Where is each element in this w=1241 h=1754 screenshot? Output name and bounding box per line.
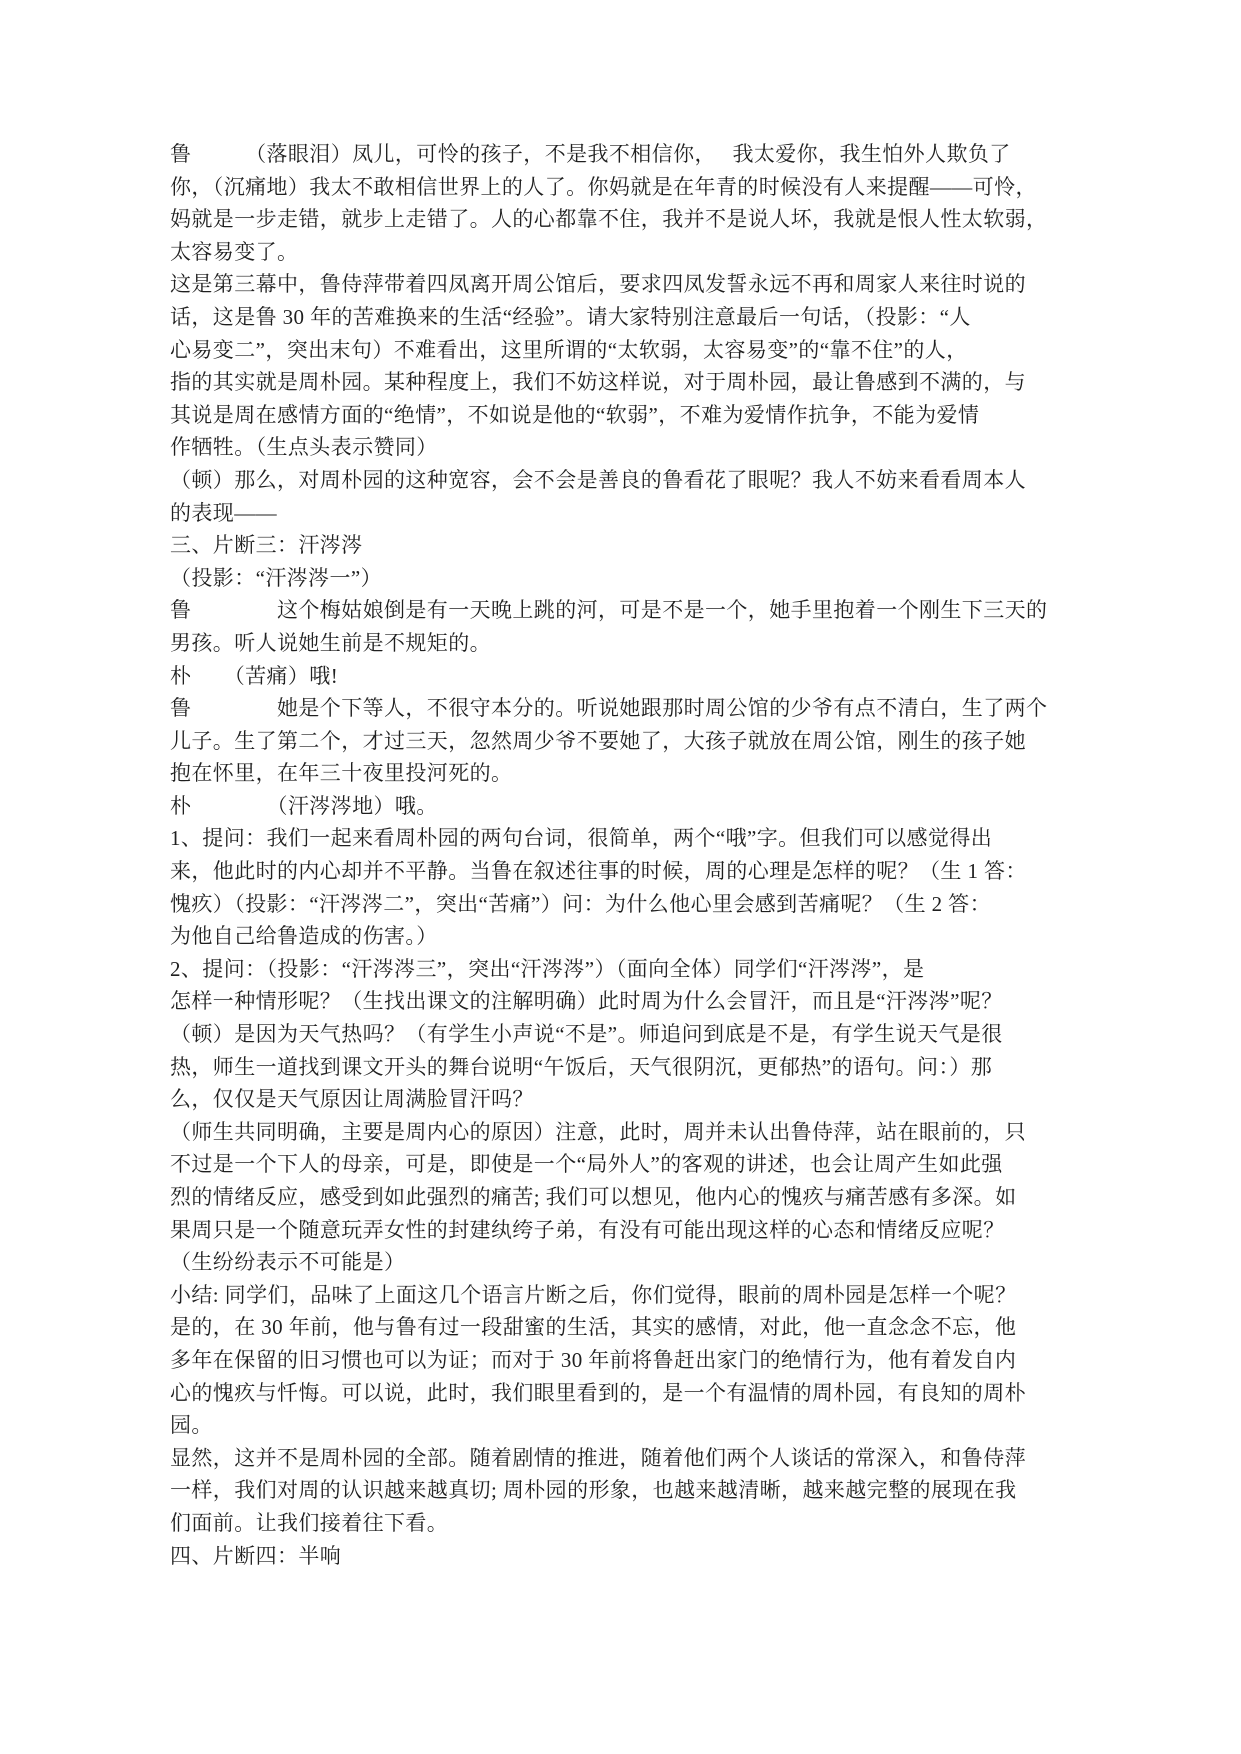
text-line: 鲁 （落眼泪）凤儿，可怜的孩子，不是我不相信你， 我太爱你，我生怕外人欺负了: [170, 138, 1075, 171]
text-line: 心易变二”，突出末句）不难看出，这里所谓的“太软弱，太容易变”的“靠不住”的人，: [170, 334, 1075, 367]
text-line: 不过是一个下人的母亲，可是，即使是一个“局外人”的客观的讲述，也会让周产生如此强: [170, 1148, 1075, 1181]
text-line: （投影：“汗涔涔一”）: [170, 562, 1075, 595]
text-line: 是的，在 30 年前，他与鲁有过一段甜蜜的生活，其实的感情，对此，他一直念念不忘…: [170, 1311, 1075, 1344]
text-line: 果周只是一个随意玩弄女性的封建纨绔子弟，有没有可能出现这样的心态和情绪反应呢？: [170, 1214, 1075, 1247]
text-line: 太容易变了。: [170, 236, 1075, 269]
text-line: 显然，这并不是周朴园的全部。随着剧情的推进，随着他们两个人谈话的常深入，和鲁侍萍: [170, 1442, 1075, 1475]
text-line: 三、片断三：汗涔涔: [170, 529, 1075, 562]
document-text-body: 鲁 （落眼泪）凤儿，可怜的孩子，不是我不相信你， 我太爱你，我生怕外人欺负了你，…: [170, 138, 1075, 1572]
text-line: 小结: 同学们，品味了上面这几个语言片断之后，你们觉得，眼前的周朴园是怎样一个呢…: [170, 1279, 1075, 1312]
text-line: 的表现——: [170, 497, 1075, 530]
text-line: 怎样一种情形呢？（生找出课文的注解明确）此时周为什么会冒汗，而且是“汗涔涔”呢？: [170, 985, 1075, 1018]
text-line: 指的其实就是周朴园。某种程度上，我们不妨这样说，对于周朴园，最让鲁感到不满的，与: [170, 366, 1075, 399]
document-page: 鲁 （落眼泪）凤儿，可怜的孩子，不是我不相信你， 我太爱你，我生怕外人欺负了你，…: [0, 0, 1241, 1754]
text-line: 朴 （苦痛）哦!: [170, 660, 1075, 693]
text-line: 这是第三幕中，鲁侍萍带着四凤离开周公馆后，要求四凤发誓永远不再和周家人来往时说的: [170, 268, 1075, 301]
text-line: 2、提问：（投影：“汗涔涔三”，突出“汗涔涔”）（面向全体）同学们“汗涔涔”，是: [170, 953, 1075, 986]
text-line: 朴 （汗涔涔地）哦。: [170, 790, 1075, 823]
text-line: 1、提问：我们一起来看周朴园的两句台词，很简单，两个“哦”字。但我们可以感觉得出: [170, 822, 1075, 855]
text-line: 其说是周在感情方面的“绝情”，不如说是他的“软弱”，不难为爱情作抗争，不能为爱情: [170, 399, 1075, 432]
text-line: （顿）那么，对周朴园的这种宽容，会不会是善良的鲁看花了眼呢？我人不妨来看看周本人: [170, 464, 1075, 497]
text-line: （师生共同明确，主要是周内心的原因）注意，此时，周并未认出鲁侍萍，站在眼前的，只: [170, 1116, 1075, 1149]
text-line: 多年在保留的旧习惯也可以为证；而对于 30 年前将鲁赶出家门的绝情行为，他有着发…: [170, 1344, 1075, 1377]
text-line: 作牺牲。（生点头表示赞同）: [170, 431, 1075, 464]
text-line: 来，他此时的内心却并不平静。当鲁在叙述往事的时候，周的心理是怎样的呢？（生 1 …: [170, 855, 1075, 888]
text-line: 么，仅仅是天气原因让周满脸冒汗吗？: [170, 1083, 1075, 1116]
text-line: 热，师生一道找到课文开头的舞台说明“午饭后，天气很阴沉，更郁热”的语句。问：）那: [170, 1051, 1075, 1084]
text-line: 愧疚）（投影：“汗涔涔二”，突出“苦痛”）问：为什么他心里会感到苦痛呢？（生 2…: [170, 888, 1075, 921]
text-line: 你，（沉痛地）我太不敢相信世界上的人了。你妈就是在年青的时候没有人来提醒——可怜…: [170, 171, 1075, 204]
text-line: 园。: [170, 1409, 1075, 1442]
text-line: （生纷纷表示不可能是）: [170, 1246, 1075, 1279]
text-line: 心的愧疚与忏悔。可以说，此时，我们眼里看到的，是一个有温情的周朴园，有良知的周朴: [170, 1377, 1075, 1410]
text-line: 烈的情绪反应，感受到如此强烈的痛苦; 我们可以想见，他内心的愧疚与痛苦感有多深。…: [170, 1181, 1075, 1214]
text-line: 儿子。生了第二个，才过三天，忽然周少爷不要她了，大孩子就放在周公馆，刚生的孩子她: [170, 725, 1075, 758]
text-line: 鲁 她是个下等人，不很守本分的。听说她跟那时周公馆的少爷有点不清白，生了两个: [170, 692, 1075, 725]
text-line: 妈就是一步走错，就步上走错了。人的心都靠不住，我并不是说人坏，我就是恨人性太软弱…: [170, 203, 1075, 236]
text-line: 话，这是鲁 30 年的苦难换来的生活“经验”。请大家特别注意最后一句话，（投影：…: [170, 301, 1075, 334]
text-line: 抱在怀里，在年三十夜里投河死的。: [170, 757, 1075, 790]
text-line: 一样，我们对周的认识越来越真切; 周朴园的形象，也越来越清晰，越来越完整的展现在…: [170, 1474, 1075, 1507]
text-line: 们面前。让我们接着往下看。: [170, 1507, 1075, 1540]
text-line: 四、片断四：半响: [170, 1540, 1075, 1573]
text-line: 男孩。听人说她生前是不规矩的。: [170, 627, 1075, 660]
text-line: （顿）是因为天气热吗？（有学生小声说“不是”。师追问到底是不是，有学生说天气是很: [170, 1018, 1075, 1051]
text-line: 为他自己给鲁造成的伤害。）: [170, 920, 1075, 953]
text-line: 鲁 这个梅姑娘倒是有一天晚上跳的河，可是不是一个，她手里抱着一个刚生下三天的: [170, 594, 1075, 627]
